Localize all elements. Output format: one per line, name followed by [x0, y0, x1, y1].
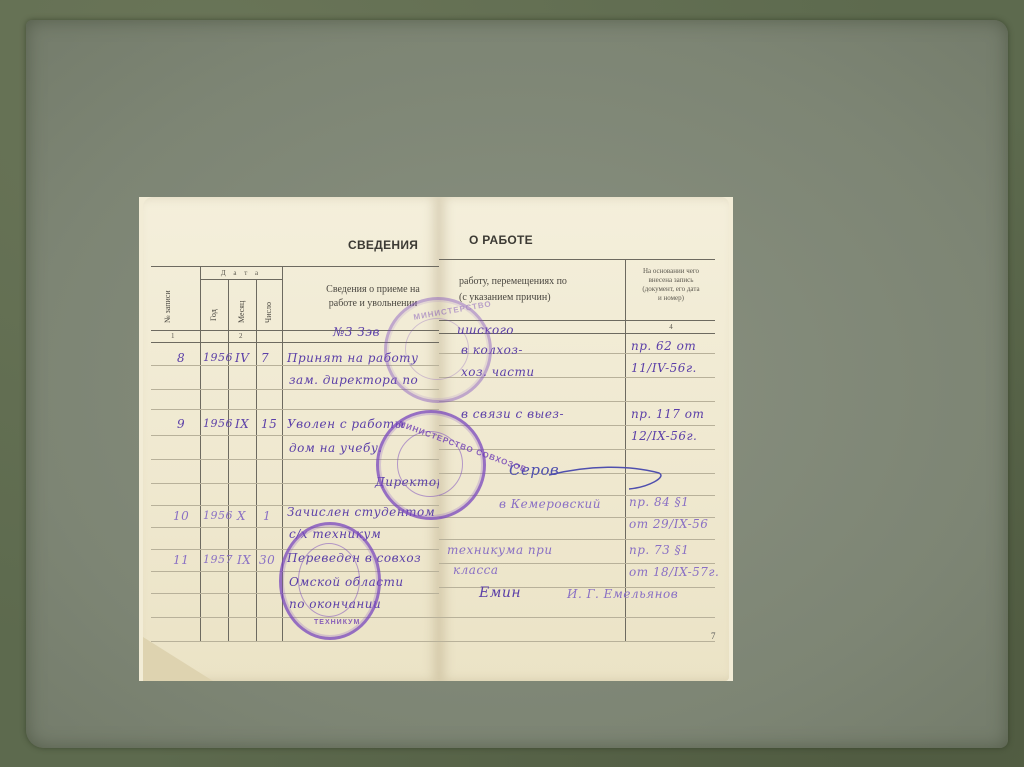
entry-10-day: 1 [263, 509, 271, 523]
entry-11-right-2: класса [453, 563, 499, 577]
entry-10-year: 1956 [203, 509, 233, 522]
row-rule [439, 425, 715, 426]
month-header: Месяц [237, 301, 246, 323]
entry-10-basis-2: от 29/IX-56 [629, 517, 708, 531]
entry-11-right-1: техникума при [447, 543, 553, 557]
page-number: 7 [711, 631, 716, 641]
basis-header-line1: На основании чего [629, 267, 713, 276]
table-top-rule [151, 266, 439, 267]
entry-8-day: 7 [261, 351, 269, 365]
entry-11-month: IX [237, 553, 251, 567]
entry-11-no: 11 [173, 553, 189, 567]
col-number-4: 4 [629, 323, 713, 332]
table-top-rule [439, 259, 715, 260]
col-divider [625, 259, 626, 641]
col-divider [200, 266, 201, 641]
entry-10-right-1: в Кемеровский [499, 497, 601, 511]
col-divider [228, 279, 229, 641]
signature-bottom: Емин [479, 585, 521, 601]
row-rule [439, 641, 715, 642]
basis-header-line2: внесена запись [629, 276, 713, 285]
entry-9-no: 9 [177, 417, 185, 431]
entry-11-basis-2: от 18/IX-57г. [629, 565, 719, 579]
entry-9-text-2: дом на учебу. [289, 441, 383, 455]
entry-9-year: 1956 [203, 417, 233, 430]
entry-8-month: IV [235, 351, 249, 365]
entry-8-basis-2: 11/IV-56г. [631, 361, 697, 375]
basis-header-line3: (документ, его дата [629, 285, 713, 294]
official-stamp-bottom: ТЕХНИКУМ [279, 522, 381, 640]
signatory-name: И. Г. Емельянов [567, 587, 678, 601]
entry-9-month: IX [235, 417, 249, 431]
entry-10-basis-1: пр. 84 §1 [629, 495, 689, 509]
row-rule [439, 617, 715, 618]
employment-record-photo: СВЕДЕНИЯ Д а т а № записи Год Месяц Числ… [139, 197, 733, 681]
entry-10-month: X [237, 509, 246, 523]
entry-8-no: 8 [177, 351, 185, 365]
official-stamp-middle: МИНИСТЕРСТВО СОВХОЗОВ [376, 410, 486, 520]
row-rule [439, 401, 715, 402]
date-group-header: Д а т а [203, 269, 279, 278]
entry-9-basis-2: 12/IX-56г. [631, 429, 697, 443]
signature-flourish [549, 465, 669, 495]
right-page: О РАБОТЕ работу, перемещениях по (с указ… [439, 197, 729, 681]
handwritten-continuation: №3 Зэв [333, 325, 380, 339]
entry-9-text-1: Уволен с работы [287, 417, 405, 431]
col-number-1: 1 [171, 332, 175, 341]
row-rule [151, 409, 439, 410]
info-header-line1: Сведения о приеме на [303, 283, 443, 296]
left-title: СВЕДЕНИЯ [348, 238, 418, 252]
year-header: Год [209, 309, 218, 321]
entry-9-right-1: в связи с выез- [461, 407, 564, 421]
row-rule [151, 389, 439, 390]
entry-8-basis-1: пр. 62 от [631, 339, 696, 353]
entry-9-basis-1: пр. 117 от [631, 407, 704, 421]
official-stamp-top: МИНИСТЕРСТВО [384, 297, 492, 403]
entry-11-year: 1957 [203, 553, 233, 566]
entry-11-basis-1: пр. 73 §1 [629, 543, 689, 557]
entry-8-year: 1956 [203, 351, 233, 364]
folded-corner [143, 637, 213, 681]
day-header: Число [264, 302, 273, 323]
date-group-rule [200, 279, 282, 280]
col-number-2: 2 [239, 332, 243, 341]
col-divider [256, 279, 257, 641]
right-title: О РАБОТЕ [469, 233, 533, 247]
entry-10-no: 10 [173, 509, 189, 523]
basis-header-line4: и номер) [629, 294, 713, 303]
row-rule [439, 539, 715, 540]
entry-no-header: № записи [163, 290, 172, 323]
entry-9-day: 15 [261, 417, 277, 431]
entry-11-day: 30 [259, 553, 275, 567]
info-header-line1: работу, перемещениях по [459, 275, 567, 288]
